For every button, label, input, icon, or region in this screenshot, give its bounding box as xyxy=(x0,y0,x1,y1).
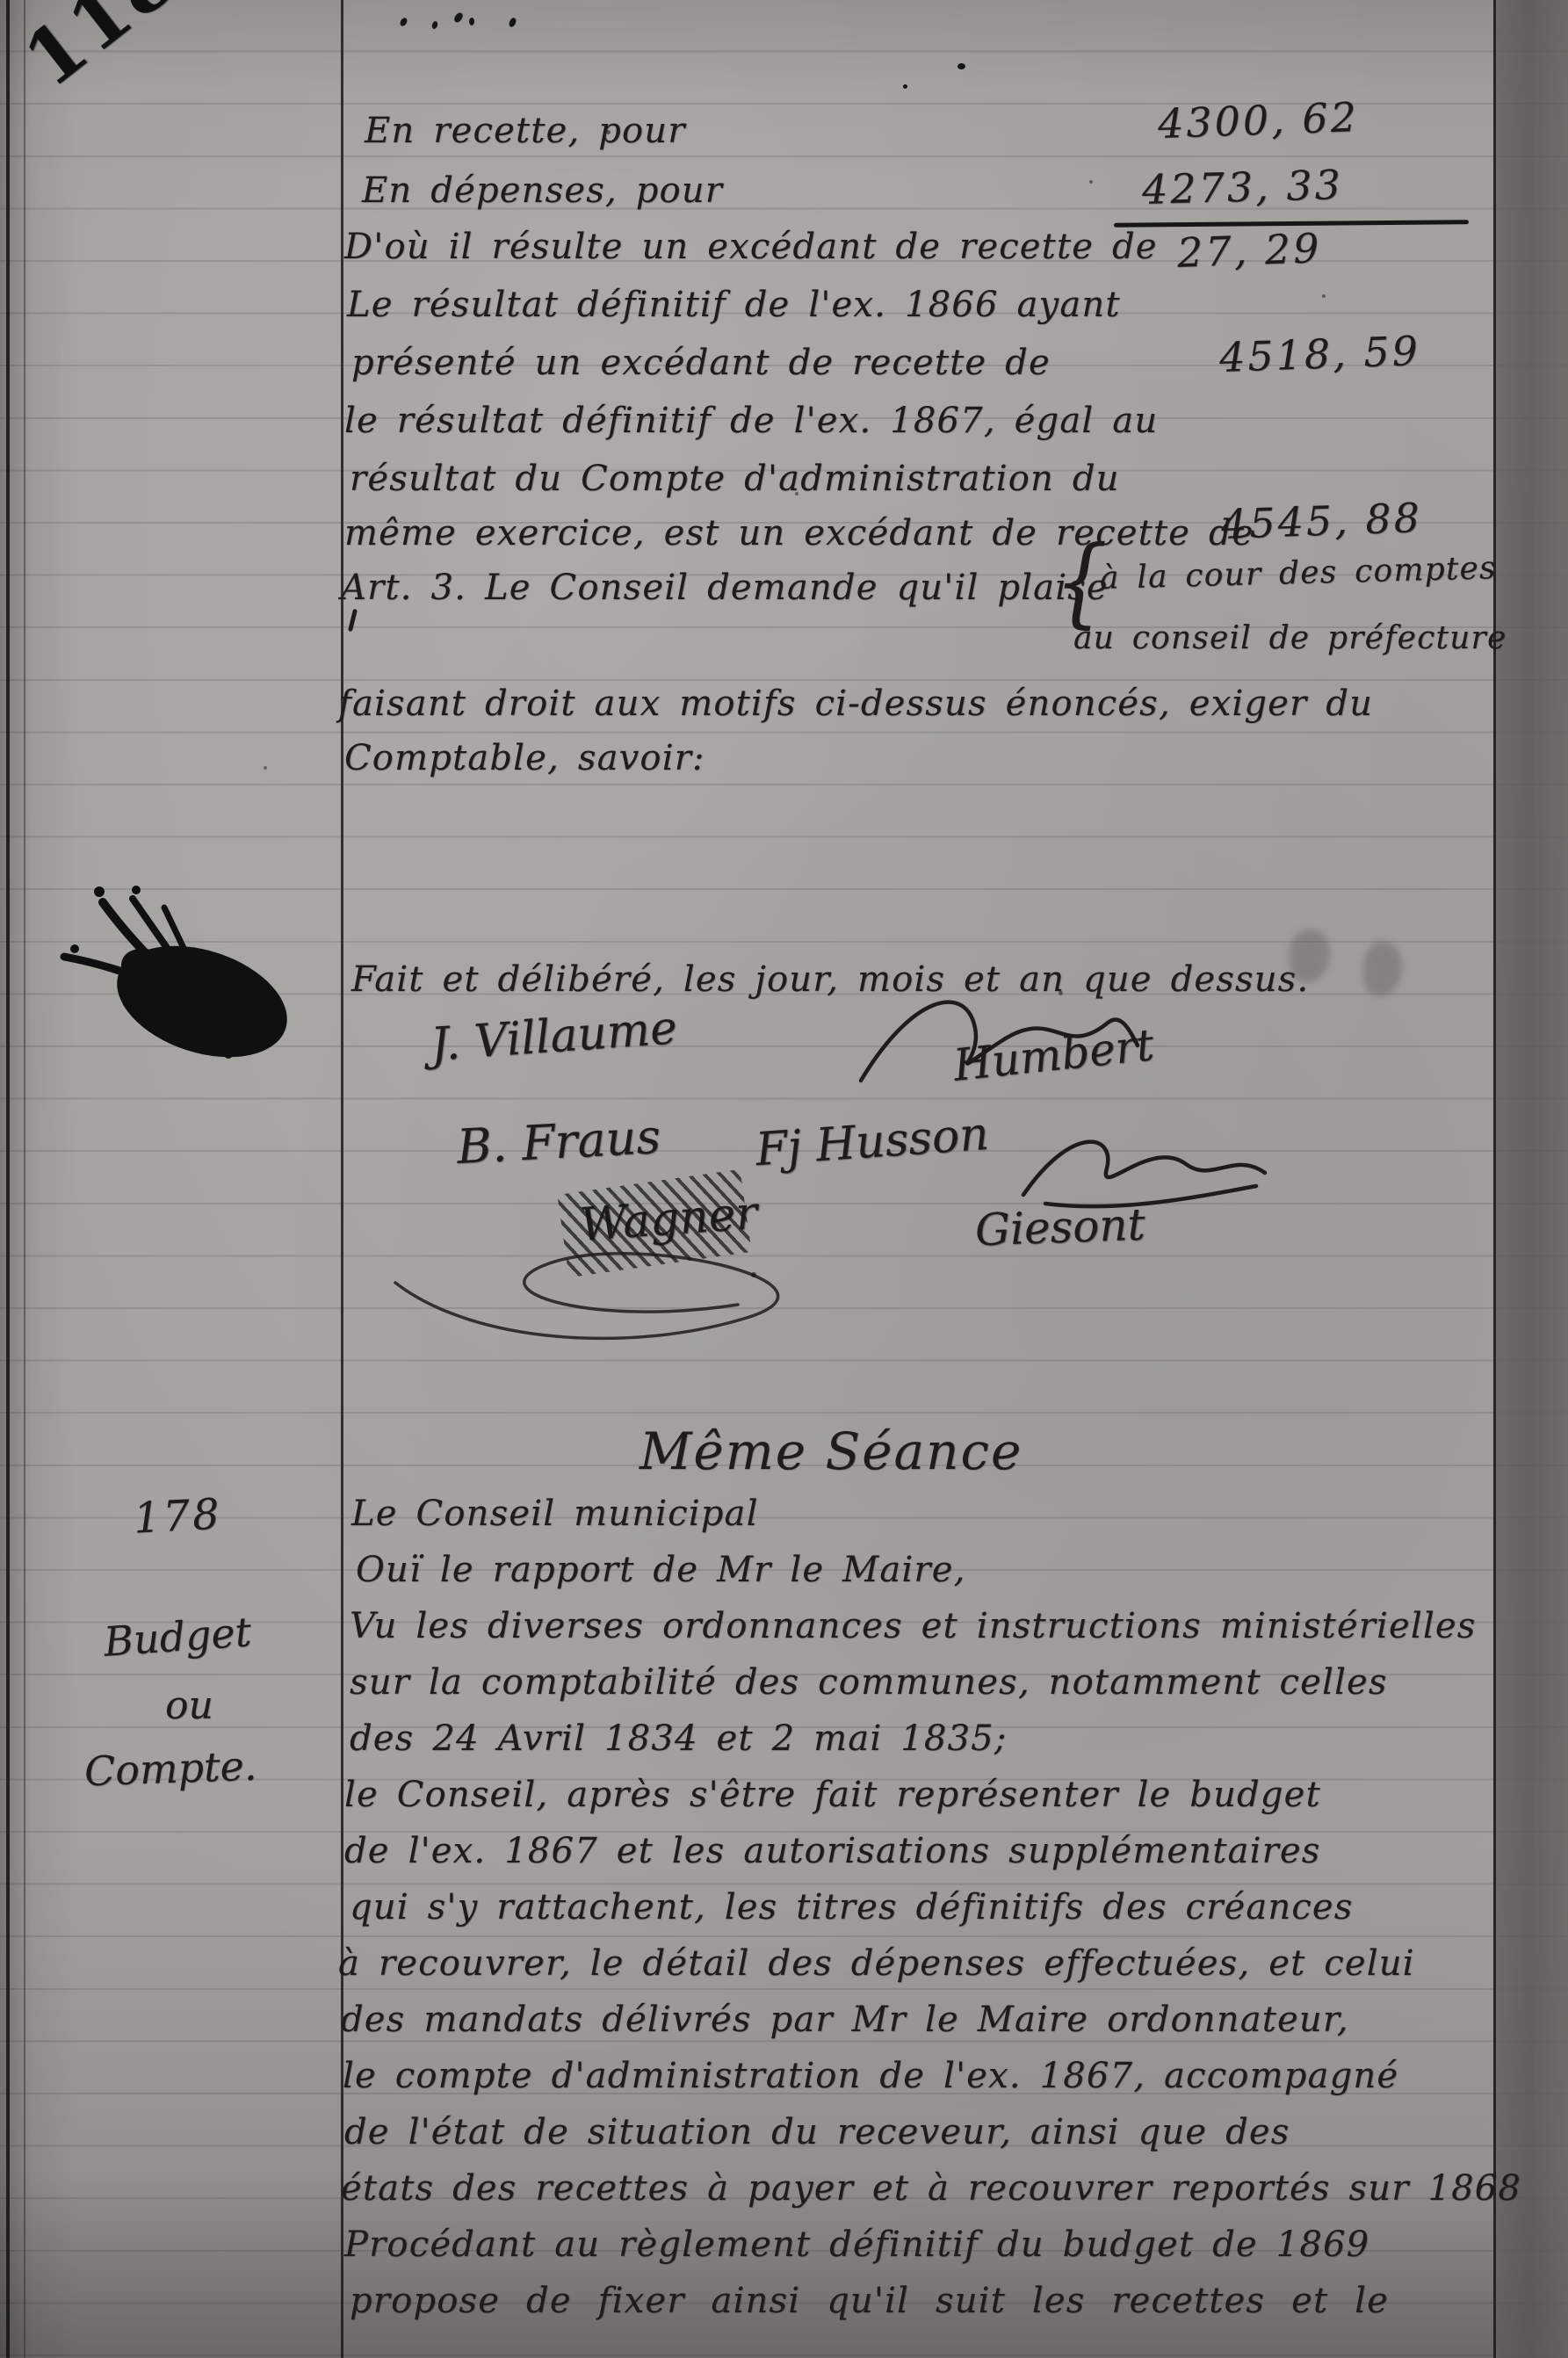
ink-speck xyxy=(452,11,464,24)
stray-pen-mark xyxy=(348,609,358,632)
ink-speck xyxy=(469,18,474,25)
ledger-line: le résultat définitif de l'ex. 1867, éga… xyxy=(344,401,1158,441)
paragraph-line: Ouï le rapport de Mr le Maire, xyxy=(356,1550,965,1590)
paragraph-line: à recouvrer, le détail des dépenses effe… xyxy=(338,1943,1415,1984)
ink-speck xyxy=(399,17,408,27)
dust-dot xyxy=(795,492,798,495)
dust-dot xyxy=(1089,180,1093,184)
paragraph-line: qui s'y rattachent, les titres définitif… xyxy=(350,1887,1354,1928)
paraph-flourish-large xyxy=(369,1212,984,1353)
smudge-mark xyxy=(1290,929,1330,982)
ink-speck xyxy=(957,63,965,69)
dust-dot xyxy=(606,130,611,134)
ledger-line: même exercice, est un excédant de recett… xyxy=(344,513,1254,553)
closing-line: Fait et délibéré, les jour, mois et an q… xyxy=(351,959,1309,1000)
paragraph-line: des mandats délivrés par Mr le Maire ord… xyxy=(341,2000,1349,2040)
dust-dot xyxy=(264,766,267,770)
article-line: Art. 3. Le Conseil demande qu'il plaise xyxy=(341,568,1109,608)
paragraph-line: sur la comptabilité des communes, notamm… xyxy=(350,1662,1388,1703)
ledger-line: En dépenses, pour xyxy=(362,170,723,211)
binding-edge-line xyxy=(6,0,10,2358)
paragraph-line: le Conseil, après s'être fait représente… xyxy=(344,1775,1321,1815)
dust-dot xyxy=(1059,991,1063,995)
signature: Giesont xyxy=(974,1199,1146,1256)
ledger-line: Le résultat définitif de l'ex. 1866 ayan… xyxy=(347,285,1121,325)
ledger-amount: 4518, 59 xyxy=(1218,327,1421,381)
paragraph-line: états des recettes à payer et à recouvre… xyxy=(341,2168,1521,2209)
paragraph-line: de l'ex. 1867 et les autorisations suppl… xyxy=(344,1831,1321,1871)
page-gutter-edge xyxy=(1493,0,1568,2358)
paragraph-line: propose de fixer ainsi qu'il suit les re… xyxy=(350,2281,1389,2321)
signature: Fj Husson xyxy=(754,1108,990,1176)
ink-blot xyxy=(48,865,312,1076)
ledger-line: D'où il résulte un excédant de recette d… xyxy=(344,227,1158,267)
signature: J. Villaume xyxy=(429,1002,678,1071)
margin-note: Budget xyxy=(102,1608,252,1666)
paragraph-line: le compte d'administration de l'ex. 1867… xyxy=(343,2056,1398,2096)
dust-dot xyxy=(1322,294,1326,298)
continuation-line: Comptable, savoir: xyxy=(344,738,705,778)
dust-dot xyxy=(751,1272,756,1277)
ledger-line: En recette, pour xyxy=(365,111,686,151)
paragraph-line: Le Conseil municipal xyxy=(351,1494,759,1534)
section-heading: Même Séance xyxy=(639,1421,1022,1481)
margin-note: Compte. xyxy=(83,1742,257,1796)
paragraph-line: de l'état de situation du receveur, ains… xyxy=(344,2112,1290,2152)
ink-speck xyxy=(508,17,517,28)
margin-item-number: 178 xyxy=(133,1489,223,1543)
scanned-register-page: { "page": { "number": "118" }, "colors":… xyxy=(0,0,1568,2358)
page-number-stamp: 118 xyxy=(8,0,195,105)
article-option-bottom: au conseil de préfecture xyxy=(1073,620,1507,656)
signature: B. Fraus xyxy=(456,1109,662,1175)
binding-edge-line-2 xyxy=(24,0,25,2358)
ledger-amount: 4545, 88 xyxy=(1220,494,1423,548)
ledger-amount: 4300, 62 xyxy=(1157,93,1360,148)
paragraph-line: des 24 Avril 1834 et 2 mai 1835; xyxy=(350,1718,1008,1759)
ink-speck xyxy=(903,84,907,89)
ledger-amount: 4273, 33 xyxy=(1141,161,1343,213)
ledger-line: résultat du Compte d'administration du xyxy=(350,459,1120,499)
ledger-amount: 27, 29 xyxy=(1176,224,1322,277)
smudge-mark xyxy=(1363,942,1402,996)
paragraph-line: Vu les diverses ordonnances et instructi… xyxy=(350,1606,1476,1646)
ink-speck xyxy=(431,20,439,30)
article-option-top: à la cour des comptes xyxy=(1100,550,1498,597)
paragraph-line: Procédant au règlement définitif du budg… xyxy=(344,2224,1369,2265)
margin-note: ou xyxy=(165,1683,213,1728)
ledger-line: présenté un excédant de recette de xyxy=(351,343,1051,383)
continuation-line: faisant droit aux motifs ci-dessus énonc… xyxy=(338,684,1373,724)
